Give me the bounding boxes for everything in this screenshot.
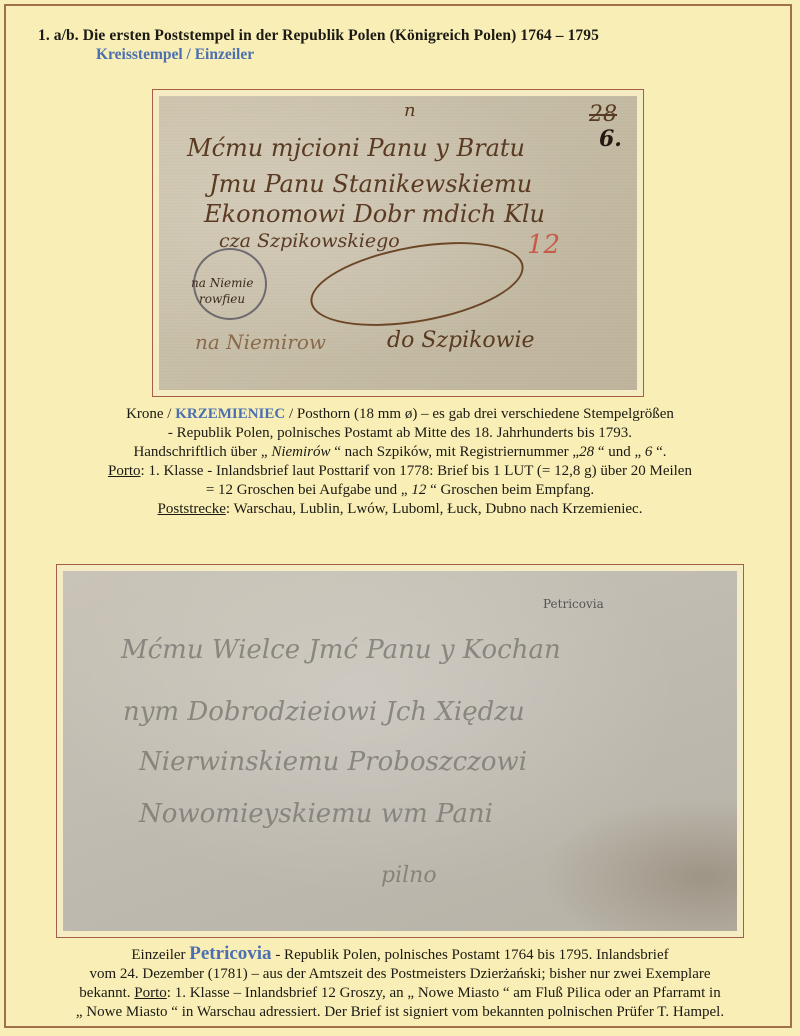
cover-petricovia-frame: Petricovia Mćmu Wielce Jmć Panu y Kochan…	[56, 564, 744, 938]
red-porto-12: 12	[527, 230, 560, 260]
town-petricovia: Petricovia	[189, 943, 271, 964]
hand-mark-28: 28	[589, 102, 617, 127]
hand-mark-6: 6.	[599, 126, 622, 152]
town-krzemieniec: KRZEMIENIEC	[175, 406, 285, 422]
caption2-line-3: bekannt. Porto: 1. Klasse – Inlandsbrief…	[0, 984, 800, 1003]
address-line-1: Mćmu mjcioni Panu y Bratu	[187, 134, 525, 162]
hand-mark-top: n	[404, 100, 416, 121]
caption-petricovia: Einzeiler Petricovia - Republik Polen, p…	[0, 944, 800, 1022]
caption2-line-4: „ Nowe Miasto “ in Warschau adressiert. …	[0, 1003, 800, 1022]
porto-label: Porto	[134, 985, 167, 1001]
petricovia-straight-line-stamp: Petricovia	[543, 597, 604, 611]
stamp-text-1: na Niemie	[191, 276, 253, 290]
porto-label: Porto	[108, 463, 141, 479]
caption1-line-1: Krone / KRZEMIENIEC / Posthorn (18 mm ø)…	[0, 405, 800, 424]
page-title: 1. a/b. Die ersten Poststempel in der Re…	[38, 27, 599, 45]
caption1-line-6: Poststrecke: Warschau, Lublin, Lwów, Lub…	[0, 500, 800, 519]
caption2-line-1: Einzeiler Petricovia - Republik Polen, p…	[0, 944, 800, 965]
address-line-5: pilno	[381, 863, 437, 888]
caption1-line-5: = 12 Groschen bei Aufgabe und „ 12 “ Gro…	[0, 481, 800, 500]
address-line-4: Nowomieyskiemu wm Pani	[139, 799, 493, 829]
caption2-line-2: vom 24. Dezember (1781) – aus der Amtsze…	[0, 965, 800, 984]
cover-krzemieniec-image: n 28 6. Mćmu mjcioni Panu y Bratu Jmu Pa…	[159, 96, 637, 390]
address-line-1: Mćmu Wielce Jmć Panu y Kochan	[121, 635, 561, 665]
cover-petricovia-image: Petricovia Mćmu Wielce Jmć Panu y Kochan…	[63, 571, 737, 931]
address-line-2: nym Dobrodzieiowi Jch Xiędzu	[123, 697, 525, 727]
caption1-line-3: Handschriftlich über „ Niemirów “ nach S…	[0, 443, 800, 462]
caption-krzemieniec: Krone / KRZEMIENIEC / Posthorn (18 mm ø)…	[0, 405, 800, 519]
poststrecke-label: Poststrecke	[158, 501, 226, 517]
route-szpikow: do Szpikowie	[387, 328, 535, 353]
route-niemirow: na Niemirow	[195, 330, 326, 354]
address-line-3: Nierwinskiemu Proboszczowi	[139, 747, 527, 777]
address-line-3: Ekonomowi Dobr mdich Klu	[204, 200, 545, 228]
address-line-4: cza Szpikowskiego	[219, 230, 400, 252]
cover-krzemieniec-frame: n 28 6. Mćmu mjcioni Panu y Bratu Jmu Pa…	[152, 89, 644, 397]
page-header: 1. a/b. Die ersten Poststempel in der Re…	[38, 27, 599, 64]
caption1-line-4: Porto: 1. Klasse - Inlandsbrief laut Pos…	[0, 462, 800, 481]
page-subtitle: Kreisstempel / Einzeiler	[96, 46, 599, 64]
caption1-line-2: - Republik Polen, polnisches Postamt ab …	[0, 424, 800, 443]
stamp-text-2: rowfieu	[199, 292, 245, 306]
address-line-2: Jmu Panu Stanikewskiemu	[209, 170, 532, 198]
